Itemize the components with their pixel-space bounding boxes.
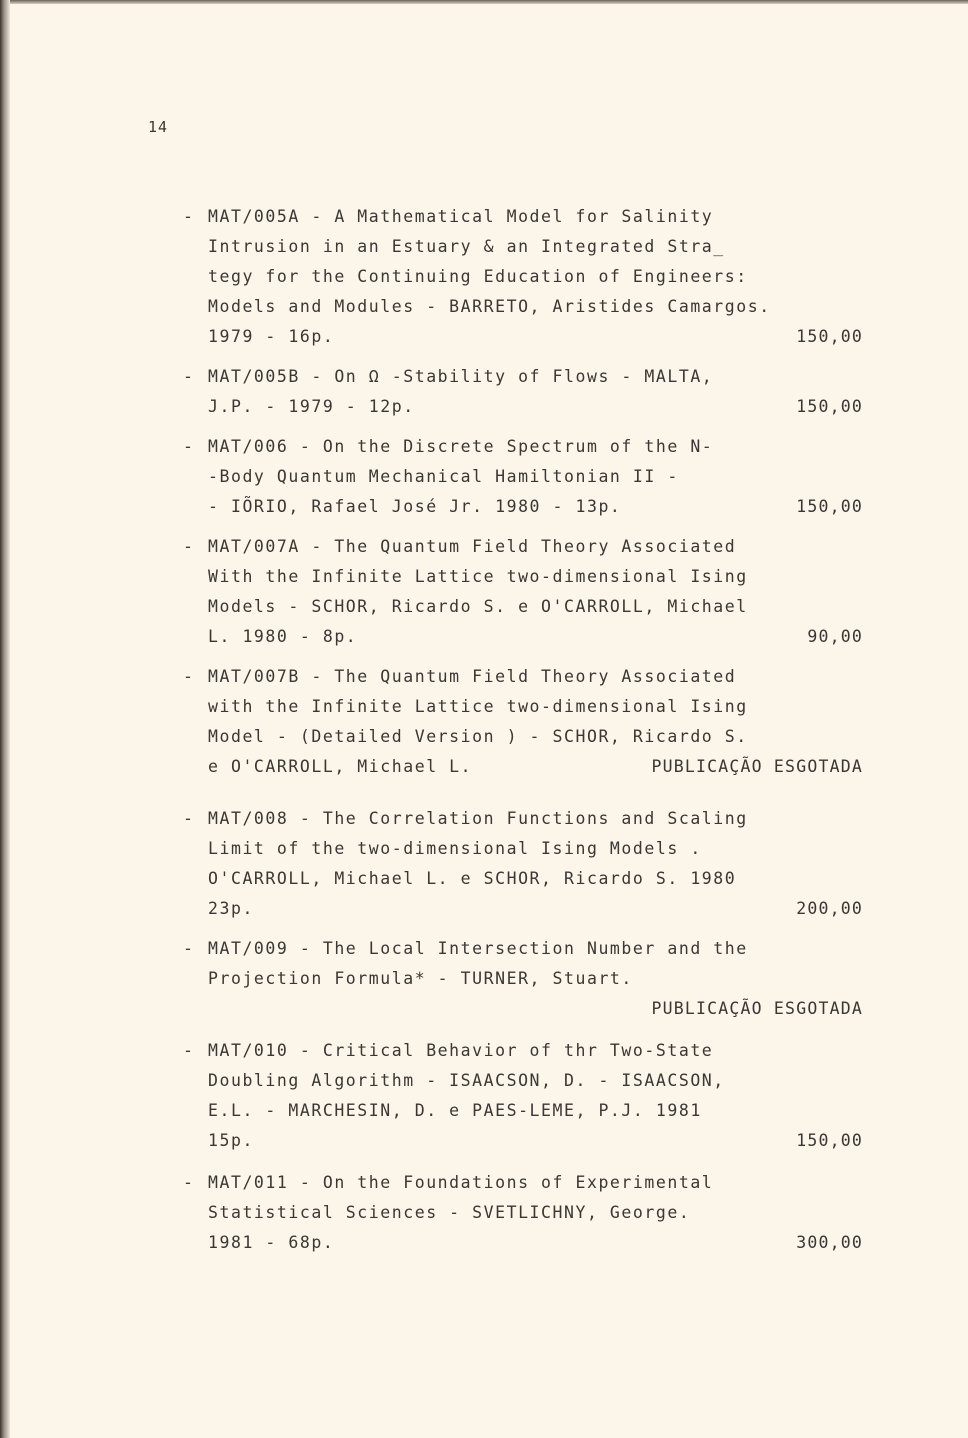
entry-text-line: - IÕRIO, Rafael José Jr. 1980 - 13p.150,… [208,492,863,522]
entry-price: 150,00 [796,322,863,352]
publication-entry: -MAT/010 - Critical Behavior of thr Two-… [183,1036,863,1156]
list-bullet-dash: - [183,1036,193,1066]
entry-text-line: with the Infinite Lattice two-dimensiona… [208,692,863,722]
entry-text-line: Model - (Detailed Version ) - SCHOR, Ric… [208,722,863,752]
entry-text-line: Models and Modules - BARRETO, Aristides … [208,292,863,322]
entry-text-line: 1981 - 68p.300,00 [208,1228,863,1258]
entry-status: PUBLICAÇÃO ESGOTADA [651,752,863,782]
publication-entry: -MAT/006 - On the Discrete Spectrum of t… [183,432,863,522]
entry-text-line: MAT/011 - On the Foundations of Experime… [208,1168,863,1198]
entry-text-line: Projection Formula* - TURNER, Stuart. [208,964,863,994]
entry-text-line: J.P. - 1979 - 12p.150,00 [208,392,863,422]
paper-left-edge [0,0,10,1438]
entry-text-line: MAT/006 - On the Discrete Spectrum of th… [208,432,863,462]
entry-price: 150,00 [796,492,863,522]
publication-entry: -MAT/007B - The Quantum Field Theory Ass… [183,662,863,782]
entry-text-line: MAT/007A - The Quantum Field Theory Asso… [208,532,863,562]
publication-entry: -MAT/011 - On the Foundations of Experim… [183,1168,863,1258]
entry-price: 200,00 [796,894,863,924]
entry-text-line: MAT/010 - Critical Behavior of thr Two-S… [208,1036,863,1066]
publication-entry: -MAT/005B - On Ω -Stability of Flows - M… [183,362,863,422]
publication-entry: -MAT/005A - A Mathematical Model for Sal… [183,202,863,352]
list-bullet-dash: - [183,804,193,834]
entry-text-line: 1979 - 16p.150,00 [208,322,863,352]
entry-price: 90,00 [807,622,863,652]
entry-text-line: MAT/007B - The Quantum Field Theory Asso… [208,662,863,692]
entry-text-line: Statistical Sciences - SVETLICHNY, Georg… [208,1198,863,1228]
entry-text-line: 23p.200,00 [208,894,863,924]
entry-text-line: tegy for the Continuing Education of Eng… [208,262,863,292]
list-bullet-dash: - [183,362,193,392]
list-bullet-dash: - [183,662,193,692]
entry-price: 150,00 [796,1126,863,1156]
list-bullet-dash: - [183,934,193,964]
entry-text-line: e O'CARROLL, Michael L.PUBLICAÇÃO ESGOTA… [208,752,863,782]
list-bullet-dash: - [183,1168,193,1198]
entry-text-line: Intrusion in an Estuary & an Integrated … [208,232,863,262]
entry-text-line: Models - SCHOR, Ricardo S. e O'CARROLL, … [208,592,863,622]
publication-list: -MAT/005A - A Mathematical Model for Sal… [183,202,863,1268]
entry-text-line: Limit of the two-dimensional Ising Model… [208,834,863,864]
entry-text-line: MAT/009 - The Local Intersection Number … [208,934,863,964]
entry-price: 300,00 [796,1228,863,1258]
list-bullet-dash: - [183,432,193,462]
entry-text-line: MAT/005B - On Ω -Stability of Flows - MA… [208,362,863,392]
entry-text-line: 15p.150,00 [208,1126,863,1156]
list-bullet-dash: - [183,532,193,562]
publication-entry: -MAT/009 - The Local Intersection Number… [183,934,863,1024]
publication-entry: -MAT/008 - The Correlation Functions and… [183,804,863,924]
entry-text-line: O'CARROLL, Michael L. e SCHOR, Ricardo S… [208,864,863,894]
entry-text-line: Doubling Algorithm - ISAACSON, D. - ISAA… [208,1066,863,1096]
page-number: 14 [148,118,168,136]
entry-status: PUBLICAÇÃO ESGOTADA [651,994,863,1024]
publication-entry: -MAT/007A - The Quantum Field Theory Ass… [183,532,863,652]
list-bullet-dash: - [183,202,193,232]
paper-top-edge [0,0,968,4]
entry-text-line: MAT/008 - The Correlation Functions and … [208,804,863,834]
entry-price: 150,00 [796,392,863,422]
entry-text-line: E.L. - MARCHESIN, D. e PAES-LEME, P.J. 1… [208,1096,863,1126]
entry-text-line: MAT/005A - A Mathematical Model for Sali… [208,202,863,232]
entry-text-line: -Body Quantum Mechanical Hamiltonian II … [208,462,863,492]
entry-text-line: L. 1980 - 8p.90,00 [208,622,863,652]
entry-text-line: With the Infinite Lattice two-dimensiona… [208,562,863,592]
